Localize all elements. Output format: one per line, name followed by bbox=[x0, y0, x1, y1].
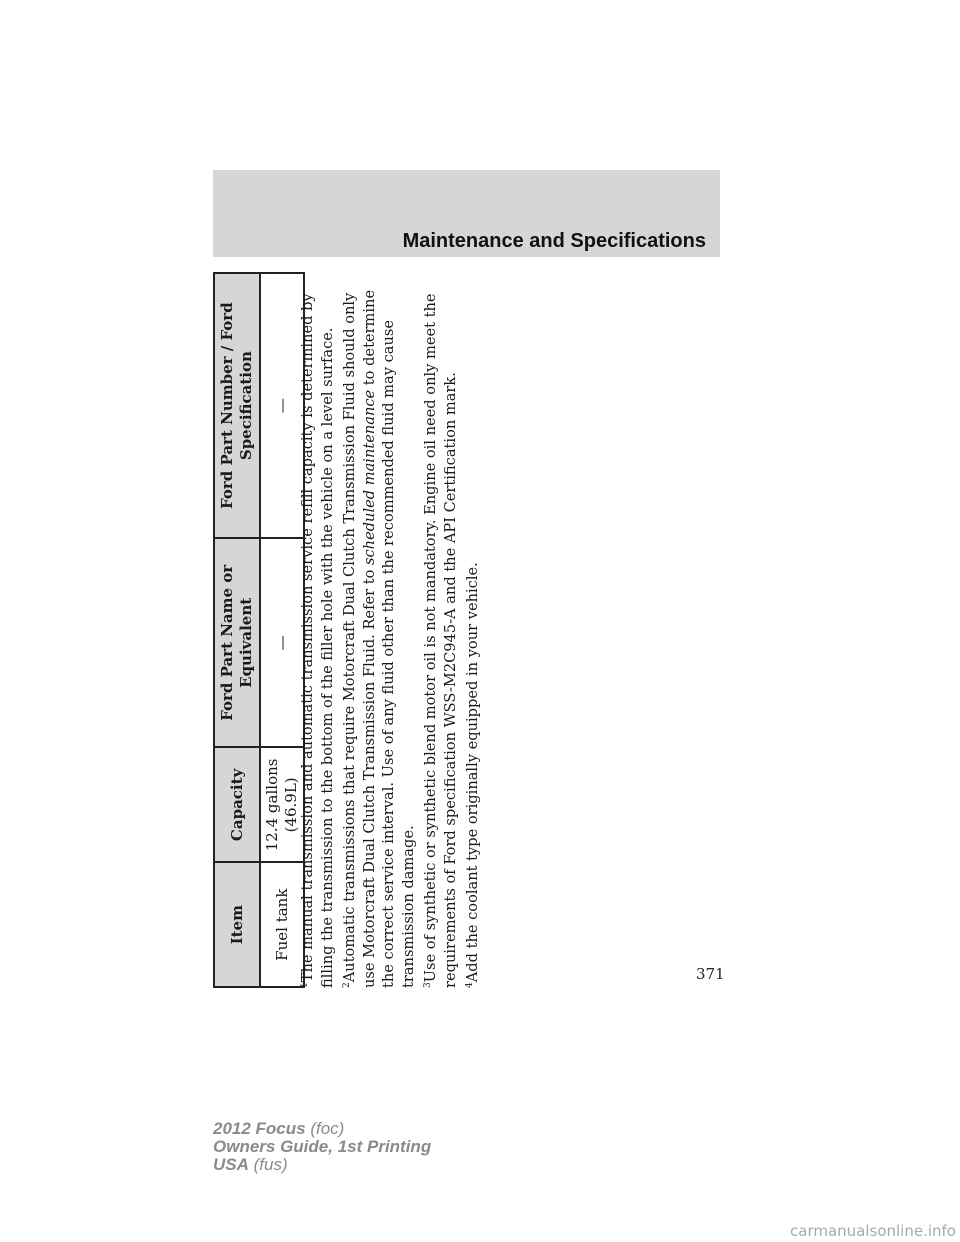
section-banner: Maintenance and Specifications bbox=[213, 170, 720, 257]
footnote-text: Add the coolant type originally equipped… bbox=[464, 562, 481, 982]
page-number: 371 bbox=[696, 965, 725, 983]
footer-line-3: USA (fus) bbox=[213, 1156, 431, 1174]
footer-line-2: Owners Guide, 1st Printing bbox=[213, 1138, 431, 1156]
footnote-3: 3Use of synthetic or synthetic blend mot… bbox=[421, 272, 460, 988]
footnote-text: Use of synthetic or synthetic blend moto… bbox=[422, 293, 459, 988]
watermark: carmanualsonline.info bbox=[790, 1222, 956, 1240]
capacity-gallons: 12.4 gallons bbox=[263, 754, 282, 855]
footnote-text: The manual transmission and automatic tr… bbox=[299, 293, 336, 988]
capacity-table: Item Capacity Ford Part Name or Equivale… bbox=[213, 272, 305, 988]
rotated-content: Item Capacity Ford Part Name or Equivale… bbox=[213, 272, 493, 1000]
header-part-name: Ford Part Name or Equivalent bbox=[214, 538, 260, 747]
header-part-number: Ford Part Number / Ford Specification bbox=[214, 273, 260, 538]
header-item: Item bbox=[214, 862, 260, 987]
footer-market: USA bbox=[213, 1155, 249, 1174]
footnote-4: 4Add the coolant type originally equippe… bbox=[463, 272, 483, 988]
scheduled-maintenance-reference: scheduled maintenance bbox=[361, 390, 378, 565]
section-title: Maintenance and Specifications bbox=[403, 230, 706, 253]
footnote-marker: 1 bbox=[300, 982, 310, 988]
header-capacity: Capacity bbox=[214, 747, 260, 862]
footnote-1: 1The manual transmission and automatic t… bbox=[298, 272, 337, 988]
footer-line-1: 2012 Focus (foc) bbox=[213, 1120, 431, 1138]
footnote-2: 2Automatic transmissions that require Mo… bbox=[340, 272, 418, 988]
footnote-marker: 3 bbox=[423, 982, 433, 988]
footer-model: 2012 Focus bbox=[213, 1119, 306, 1138]
footnotes: 1The manual transmission and automatic t… bbox=[298, 272, 486, 988]
footnote-marker: 2 bbox=[342, 982, 352, 988]
print-footer: 2012 Focus (foc) Owners Guide, 1st Print… bbox=[213, 1120, 431, 1174]
footer-market-code: (fus) bbox=[249, 1155, 288, 1174]
footer-model-code: (foc) bbox=[306, 1119, 345, 1138]
footnote-marker: 4 bbox=[465, 982, 475, 988]
table-header-row: Item Capacity Ford Part Name or Equivale… bbox=[214, 273, 260, 987]
